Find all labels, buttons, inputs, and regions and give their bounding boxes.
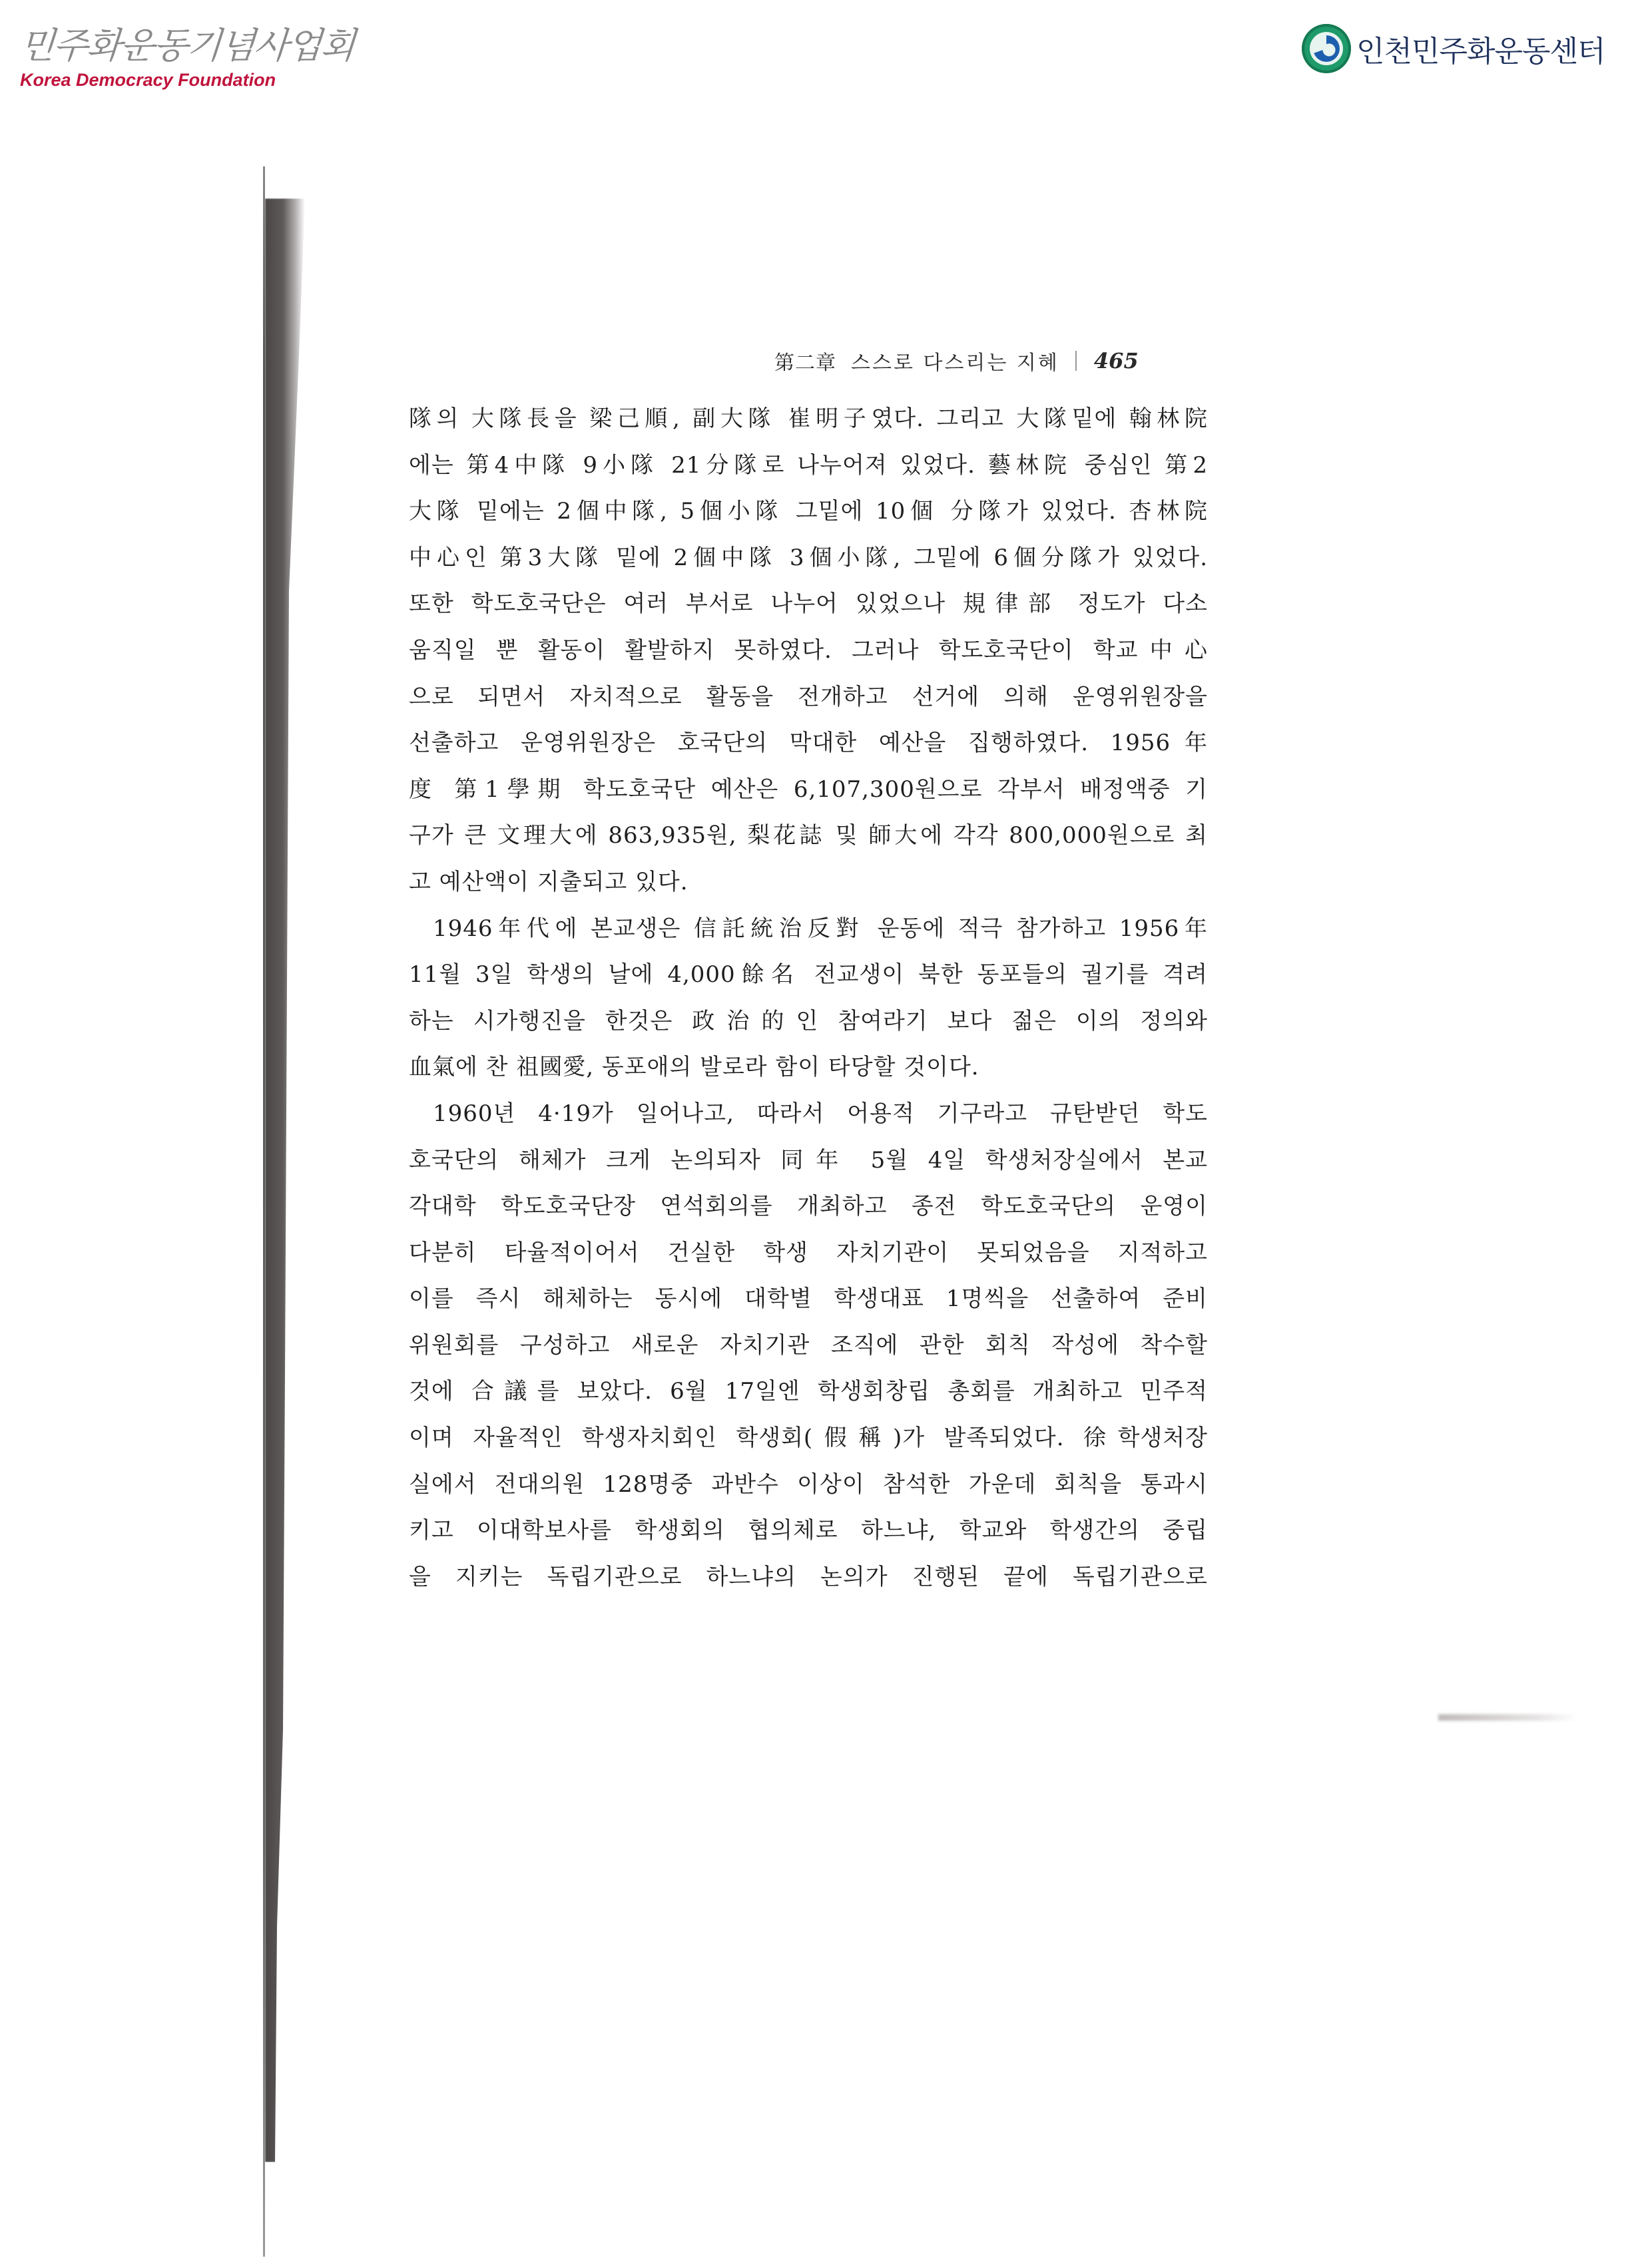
text-line: 호국단의 해체가 크게 논의되자 同年 5월 4일 학생처장실에서 본교 xyxy=(409,1138,1208,1184)
text-line: 度 第1學期 학도호국단 예산은 6,107,300원으로 각부서 배정액중 기 xyxy=(409,767,1208,813)
text-line: 각대학 학도호국단장 연석회의를 개최하고 종전 학도호국단의 운영이 xyxy=(409,1184,1208,1230)
chapter-label: 第二章 xyxy=(774,346,836,375)
text-line: 이를 즉시 해체하는 동시에 대학별 학생대표 1명씩을 선출하여 준비 xyxy=(409,1276,1208,1323)
body-text: 隊의 大隊長을 梁己順, 副大隊 崔明子였다. 그리고 大隊밑에 翰林院에는 第… xyxy=(409,396,1208,1600)
text-line: 中心인 第3大隊 밑에 2個中隊 3個小隊, 그밑에 6個分隊가 있었다. xyxy=(409,535,1208,582)
text-line: 에는 第4中隊 9小隊 21分隊로 나누어져 있었다. 藝林院 중심인 第2 xyxy=(409,443,1208,489)
text-line: 키고 이대학보사를 학생회의 협의체로 하느냐, 학교와 학생간의 중립 xyxy=(409,1508,1208,1554)
text-line: 으로 되면서 자치적으로 활동을 전개하고 선거에 의해 운영위원장을 xyxy=(409,674,1208,721)
text-line: 또한 학도호국단은 여러 부서로 나누어 있었으나 規律部 정도가 다소 xyxy=(409,581,1208,628)
page-number: 465 xyxy=(1094,348,1139,373)
text-line: 것에 合議를 보았다. 6월 17일엔 학생회창립 총회를 개최하고 민주적 xyxy=(409,1369,1208,1415)
running-header: 第二章 스스로 다스리는 지혜 465 xyxy=(774,346,1139,375)
text-line: 움직일 뿐 활동이 활발하지 못하였다. 그러나 학도호국단이 학교中心 xyxy=(409,628,1208,674)
circular-emblem-icon xyxy=(1302,24,1351,73)
text-line: 선출하고 운영위원장은 호국단의 막대한 예산을 집행하였다. 1956年 xyxy=(409,720,1208,767)
incheon-democracy-center-logo: 인천민주화운동센터 xyxy=(1302,24,1605,73)
book-gutter-line xyxy=(263,166,265,2257)
chapter-title: 스스로 다스리는 지혜 xyxy=(851,346,1059,375)
book-gutter-shadow xyxy=(265,198,305,2162)
text-line: 1960년 4·19가 일어나고, 따라서 어용적 기구라고 규탄받던 학도 xyxy=(409,1091,1208,1138)
scan-smudge xyxy=(1438,1714,1578,1721)
text-line: 1946年代에 본교생은 信託統治反對 운동에 적극 참가하고 1956年 xyxy=(409,906,1208,953)
text-line: 하는 시가행진을 한것은 政治的인 참여라기 보다 젊은 이의 정의와 xyxy=(409,999,1208,1045)
text-line: 大隊 밑에는 2個中隊, 5個小隊 그밑에 10個 分隊가 있었다. 杏林院 xyxy=(409,489,1208,535)
korea-democracy-foundation-logo: 민주화운동기념사업회 Korea Democracy Foundation xyxy=(20,23,340,91)
kdf-logo-korean-text: 민주화운동기념사업회 xyxy=(19,23,342,69)
text-line: 구가 큰 文理大에 863,935원, 梨花誌 및 師大에 각각 800,000… xyxy=(409,813,1208,859)
text-line: 隊의 大隊長을 梁己順, 副大隊 崔明子였다. 그리고 大隊밑에 翰林院 xyxy=(409,396,1208,443)
text-line: 다분히 타율적이어서 건실한 학생 자치기관이 못되었음을 지적하고 xyxy=(409,1230,1208,1277)
header-separator xyxy=(1075,351,1077,371)
text-line: 고 예산액이 지출되고 있다. xyxy=(409,859,1208,906)
text-line: 이며 자율적인 학생자치회인 학생회(假稱)가 발족되었다. 徐학생처장 xyxy=(409,1415,1208,1462)
text-line: 血氣에 찬 祖國愛, 동포애의 발로라 함이 타당할 것이다. xyxy=(409,1044,1208,1091)
text-line: 위원회를 구성하고 새로운 자치기관 조직에 관한 회칙 작성에 착수할 xyxy=(409,1323,1208,1369)
text-line: 11월 3일 학생의 날에 4,000餘名 전교생이 북한 동포들의 궐기를 격… xyxy=(409,952,1208,999)
incheon-center-name: 인천민주화운동센터 xyxy=(1356,27,1605,70)
text-line: 을 지키는 독립기관으로 하느냐의 논의가 진행된 끝에 독립기관으로 xyxy=(409,1554,1208,1601)
kdf-logo-english-text: Korea Democracy Foundation xyxy=(20,69,340,91)
text-line: 실에서 전대의원 128명중 과반수 이상이 참석한 가운데 회칙을 통과시 xyxy=(409,1462,1208,1508)
